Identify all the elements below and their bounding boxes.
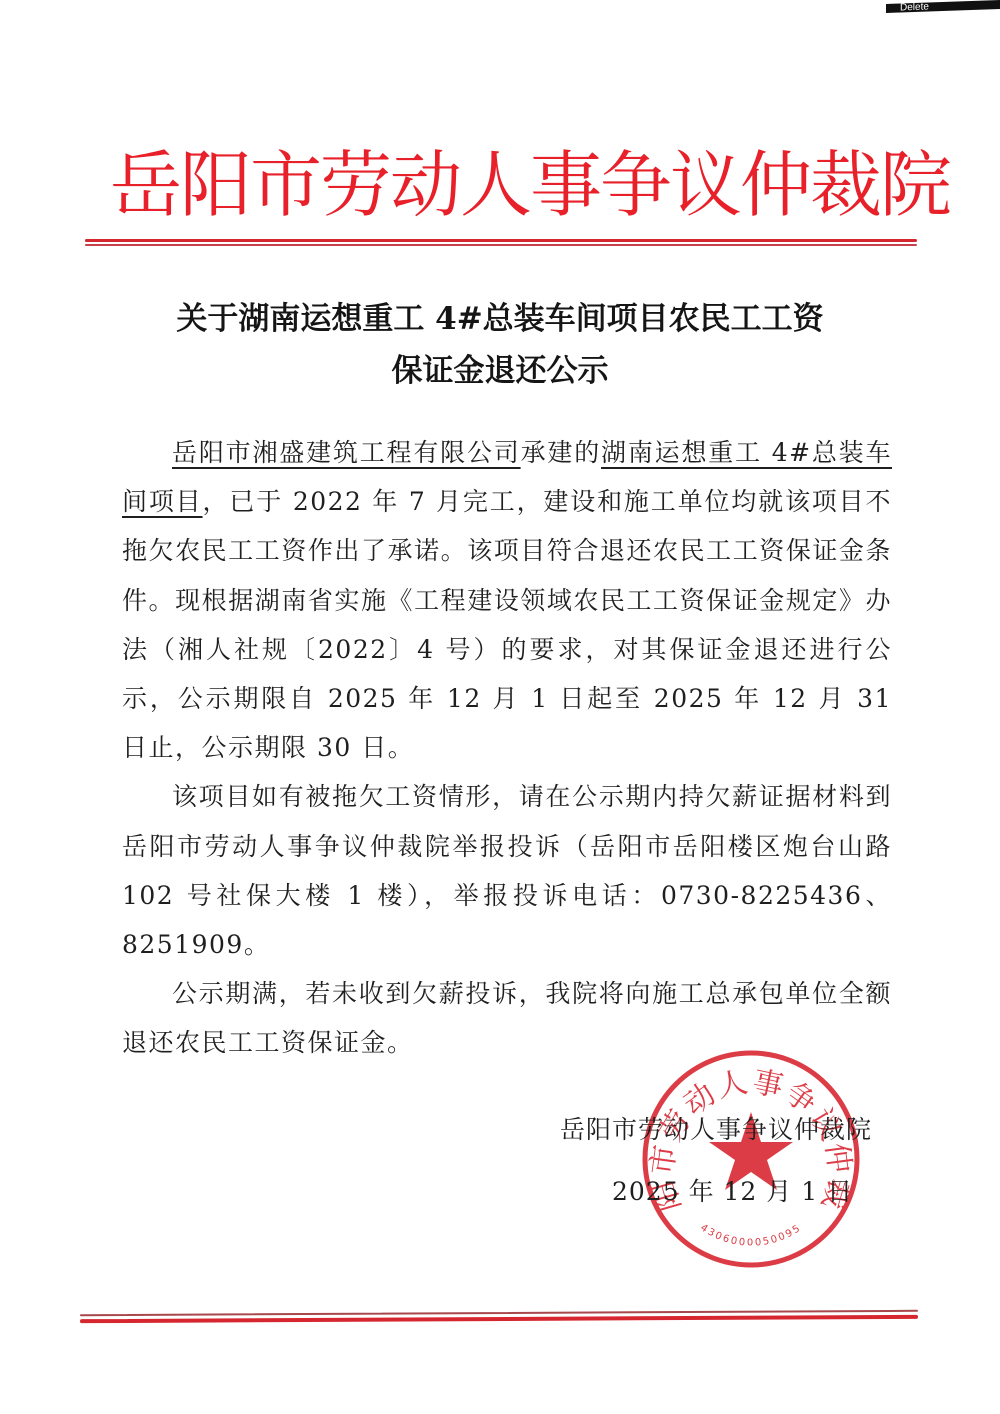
footer-divider bbox=[80, 1310, 918, 1322]
footer-thick-line bbox=[80, 1315, 918, 1323]
paragraph-1: 岳阳市湘盛建筑工程有限公司承建的湖南运想重工 4#总装车间项目，已于 2022 … bbox=[122, 428, 892, 772]
delete-label: Delete bbox=[900, 1, 929, 12]
masthead-divider bbox=[85, 239, 917, 247]
title-line-2: 保证金退还公示 bbox=[100, 345, 900, 397]
masthead-organization-name: 岳阳市劳动人事争议仲裁院 bbox=[110, 140, 900, 230]
delete-tab[interactable]: Delete bbox=[886, 0, 1000, 13]
paragraph-1-text: ，已于 2022 年 7 月完工，建设和施工单位均就该项目不拖欠农民工工资作出了… bbox=[122, 487, 892, 762]
paragraph-2: 该项目如有被拖欠工资情形，请在公示期内持欠薪证据材料到岳阳市劳动人事争议仲裁院举… bbox=[122, 772, 892, 969]
signing-date: 2025 年 12 月 1 日 bbox=[612, 1172, 853, 1208]
divider-thick-line bbox=[85, 239, 917, 242]
title-line-1: 关于湖南运想重工 4#总装车间项目农民工工资 bbox=[100, 293, 900, 345]
official-seal-icon: 岳阳市劳动人事争议仲裁院 4306000050095 bbox=[640, 1048, 862, 1270]
divider-thin-line bbox=[85, 244, 917, 246]
signing-organization: 岳阳市劳动人事争议仲裁院 bbox=[560, 1110, 872, 1146]
notice-title: 关于湖南运想重工 4#总装车间项目农民工工资 保证金退还公示 bbox=[100, 293, 900, 397]
notice-body: 岳阳市湘盛建筑工程有限公司承建的湖南运想重工 4#总装车间项目，已于 2022 … bbox=[122, 428, 892, 1068]
contractor-company: 岳阳市湘盛建筑工程有限公司 bbox=[172, 438, 521, 467]
connector-text: 承建的 bbox=[521, 438, 601, 467]
svg-text:4306000050095: 4306000050095 bbox=[698, 1222, 804, 1248]
